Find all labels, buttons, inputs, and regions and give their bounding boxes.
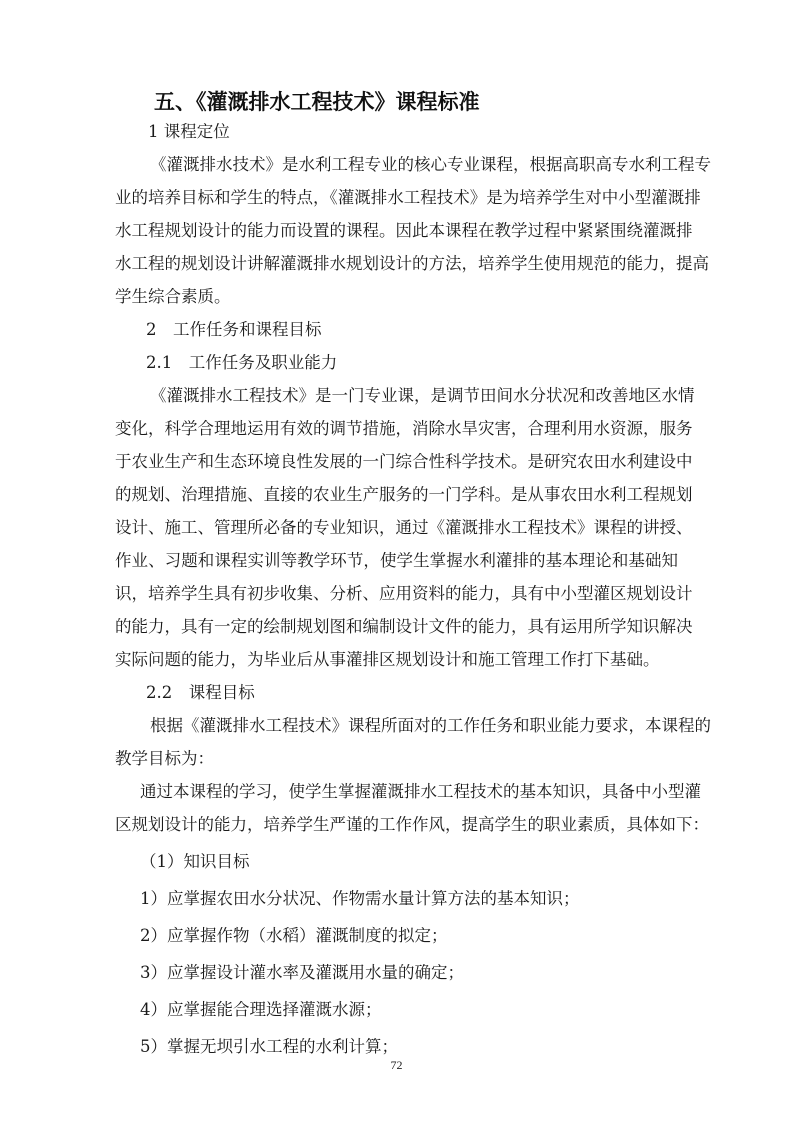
text-line: 水工程规划设计的能力而设置的课程。因此本课程在教学过程中紧紧围绕灌溉排 (115, 221, 678, 241)
text-line: 教学目标为： (115, 749, 214, 769)
text-line: 的能力，具有一定的绘制规划图和编制设计文件的能力，具有运用所学知识解决 (115, 617, 678, 637)
text-line: 业的培养目标和学生的特点，《灌溉排水工程技术》是为培养学生对中小型灌溉排 (115, 188, 678, 208)
page-number: 72 (0, 1058, 793, 1073)
text-line: 于农业生产和生态环境良性发展的一门综合性科学技术。是研究农田水利建设中 (115, 452, 678, 472)
text-line: 设计、施工、管理所必备的专业知识，通过《灌溉排水工程技术》课程的讲授、 (115, 518, 678, 538)
text-line: 根据《灌溉排水工程技术》课程所面对的工作任务和职业能力要求，本课程的 (150, 716, 711, 736)
page-title: 五、《灌溉排水工程技术》课程标准 (154, 86, 480, 116)
text-line: 2 工作任务和课程目标 (146, 320, 322, 340)
text-line: 5）掌握无坝引水工程的水利计算； (140, 1037, 398, 1057)
text-line: 通过本课程的学习，使学生掌握灌溉排水工程技术的基本知识，具备中小型灌 (140, 782, 701, 802)
text-line: 的规划、治理措施、直接的农业生产服务的一门学科。是从事农田水利工程规划 (115, 485, 678, 505)
text-line: 1）应掌握农田水分状况、作物需水量计算方法的基本知识； (140, 889, 580, 909)
text-line: 2.1 工作任务及职业能力 (146, 353, 337, 373)
text-line: 《灌溉排水技术》是水利工程专业的核心专业课程，根据高职高专水利工程专 (150, 155, 711, 175)
text-line: 变化，科学合理地运用有效的调节措施，消除水旱灾害，合理利用水资源，服务 (115, 419, 678, 439)
text-line: 4）应掌握能合理选择灌溉水源； (140, 1000, 382, 1020)
text-line: 作业、习题和课程实训等教学环节，使学生掌握水利灌排的基本理论和基础知 (115, 551, 678, 571)
text-line: 1 课程定位 (148, 122, 230, 142)
text-line: 学生综合素质。 (115, 287, 231, 307)
text-line: 水工程的规划设计讲解灌溉排水规划设计的方法，培养学生使用规范的能力，提高 (115, 254, 678, 274)
text-line: 3）应掌握设计灌水率及灌溉用水量的确定； (140, 963, 464, 983)
text-line: 《灌溉排水工程技术》是一门专业课，是调节田间水分状况和改善地区水情 (150, 386, 695, 406)
text-line: 实际问题的能力，为毕业后从事灌排区规划设计和施工管理工作打下基础。 (115, 650, 660, 670)
text-line: 2）应掌握作物（水稻）灌溉制度的拟定； (140, 926, 448, 946)
text-line: 识，培养学生具有初步收集、分析、应用资料的能力，具有中小型灌区规划设计 (115, 584, 678, 604)
text-line: （1）知识目标 (140, 852, 250, 872)
text-line: 2.2 课程目标 (146, 683, 255, 703)
text-line: 区规划设计的能力，培养学生严谨的工作作风，提高学生的职业素质，具体如下： (115, 815, 678, 835)
